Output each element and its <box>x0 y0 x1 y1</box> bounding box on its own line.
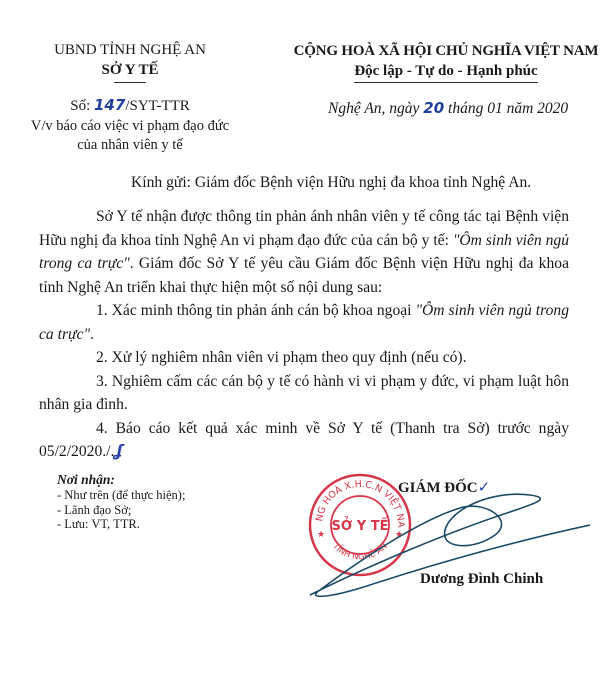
issuing-authority-header: UBND TỈNH NGHỆ AN SỞ Y TẾ Số: 147/SYT-TT… <box>30 40 230 154</box>
recipient-item: - Lưu: VT, TTR. <box>57 517 185 532</box>
item-1: 1. Xác minh thông tin phản ánh cán bộ kh… <box>39 299 569 346</box>
signatory-name: Dương Đình Chinh <box>420 571 543 588</box>
recipients-block: Nơi nhận: - Như trên (để thực hiện); - L… <box>57 472 185 532</box>
department-name: SỞ Y TẾ <box>30 60 230 80</box>
header-underline <box>114 82 146 83</box>
recipient-item: - Lãnh đạo Sở; <box>57 503 185 518</box>
subject-line-2: của nhân viên y tế <box>30 136 230 154</box>
national-header: CỘNG HOÀ XÃ HỘI CHỦ NGHĨA VIỆT NAM Độc l… <box>286 41 600 83</box>
handwritten-number: 147 <box>94 96 125 114</box>
intro-paragraph: Sở Y tế nhận được thông tin phản ánh nhâ… <box>39 205 569 299</box>
document-date: Nghệ An, ngày 20 tháng 01 năm 2020 <box>328 99 568 118</box>
item-4: 4. Báo cáo kết quả xác minh về Sở Y tế (… <box>39 417 569 464</box>
initial-mark-icon: ʆ <box>114 442 123 460</box>
authority-name: UBND TỈNH NGHỆ AN <box>30 40 230 60</box>
national-motto: Độc lập - Tự do - Hạnh phúc <box>354 61 537 83</box>
recipient-item: - Như trên (để thực hiện); <box>57 488 185 503</box>
item-2: 2. Xử lý nghiêm nhân viên vi phạm theo q… <box>39 346 569 370</box>
letter-body: Sở Y tế nhận được thông tin phản ánh nhâ… <box>39 205 569 464</box>
handwritten-day: 20 <box>423 99 444 117</box>
item-3: 3. Nghiêm cấm các cán bộ y tế có hành vi… <box>39 370 569 417</box>
document-number: Số: 147/SYT-TTR <box>30 95 230 116</box>
addressee: Kính gửi: Giám đốc Bệnh viện Hữu nghị đa… <box>131 171 531 195</box>
recipients-title: Nơi nhận: <box>57 472 185 488</box>
subject-line-1: V/v báo cáo việc vi phạm đạo đức <box>30 117 230 135</box>
nation-title: CỘNG HOÀ XÃ HỘI CHỦ NGHĨA VIỆT NAM <box>286 41 600 61</box>
